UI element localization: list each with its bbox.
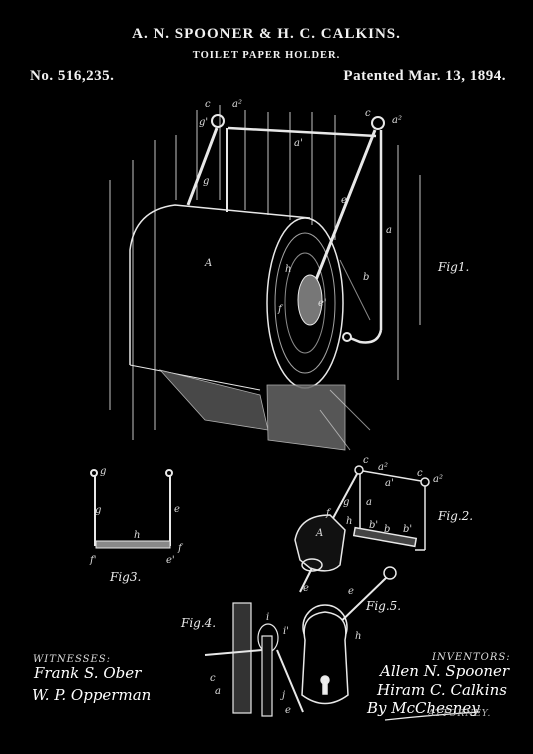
fig4-label: Fig.4. [181,616,216,630]
ref-label: a² [232,99,242,110]
ref-label: h [134,530,140,541]
fig1-label: Fig1. [438,260,469,274]
ref-label: e [341,195,347,206]
ref-label: g [100,466,106,477]
ref-label: i' [283,626,289,637]
ref-label: f [178,543,182,554]
patent-drawing [0,0,533,754]
ref-label: a [215,686,221,697]
inventor-signature: Allen N. Spooner [380,662,509,680]
fig3-drawing [91,470,172,548]
ref-label: a² [378,462,388,473]
ref-label: i [266,612,269,623]
ref-label: e' [318,298,327,309]
ref-label: a [366,497,372,508]
ref-label: c [210,673,216,684]
ref-label: a² [433,474,443,485]
fig4-drawing [205,603,303,716]
ref-label: g' [199,117,208,128]
ref-label: h [346,516,352,527]
ref-label: a [386,225,392,236]
ref-label: a' [385,478,394,489]
attorney-label: ATTORNEY. [428,709,491,719]
ref-label: h [285,264,291,275]
ref-label: e [174,504,180,515]
witness-signature: W. P. Opperman [32,686,151,704]
ref-label: e' [166,555,175,566]
ref-label: j [282,690,285,701]
ref-label: g [203,176,209,187]
ref-label: c [417,468,423,479]
ref-label: b' [369,520,378,531]
ref-label: e [285,705,291,716]
ref-label: f [326,508,330,519]
ref-label: b' [403,524,412,535]
inventor-signature: Hiram C. Calkins [377,681,507,699]
ref-label: a' [294,138,303,149]
fig3-label: Fig3. [110,570,141,584]
ref-label: h [355,631,361,642]
ref-label: a² [392,115,402,126]
fig5-label: Fig.5. [366,599,401,613]
ref-label: f [278,304,282,315]
ref-label: b [363,272,369,283]
ref-label: e [303,583,309,594]
ref-label: g [95,505,101,516]
ref-label: b [384,524,390,535]
fig2-label: Fig.2. [438,509,473,523]
witness-signature: Frank S. Ober [34,664,141,682]
ref-label: A [205,258,212,269]
ref-label: c [365,108,371,119]
ref-label: A [316,528,323,539]
ref-label: e [348,586,354,597]
ref-label: f' [90,555,96,566]
ref-label: c [205,99,211,110]
ref-label: g [343,497,349,508]
wall-hatching [110,105,420,440]
ref-label: c [363,455,369,466]
